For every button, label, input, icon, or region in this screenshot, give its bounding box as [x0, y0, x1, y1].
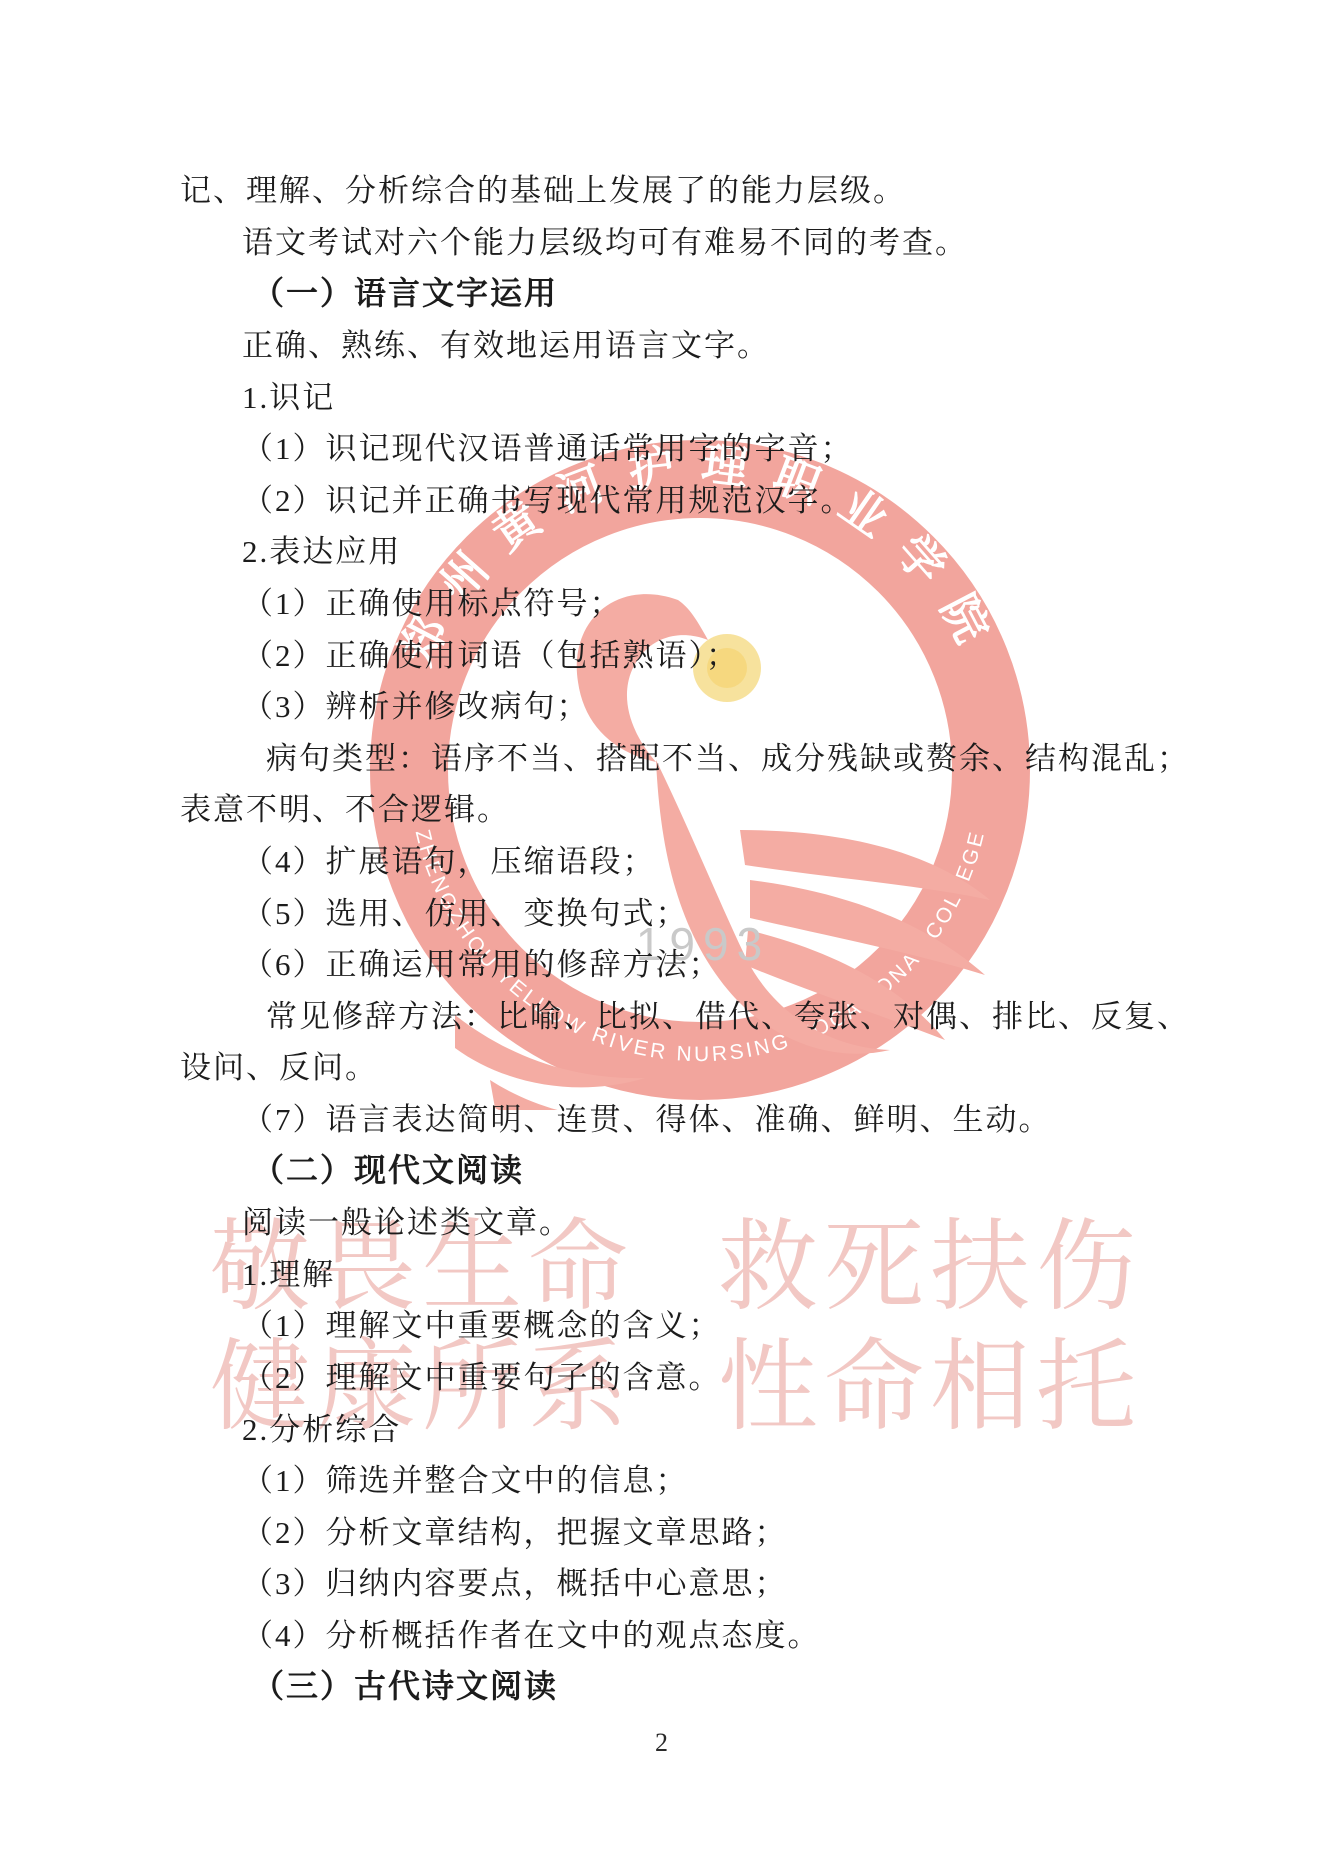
- text-line: 2.分析综合: [180, 1400, 1185, 1452]
- text-line: 1.识记: [180, 368, 1185, 420]
- text-line: （2）正确使用词语（包括熟语）；: [180, 626, 1185, 678]
- page-number: 2: [0, 1728, 1323, 1758]
- text-line: （1）理解文中重要概念的含义；: [180, 1297, 1185, 1349]
- text-line: 设问、反问。: [180, 1039, 1185, 1091]
- text-line: （1）正确使用标点符号；: [180, 575, 1185, 627]
- text-line: 正确、熟练、有效地运用语言文字。: [180, 317, 1185, 369]
- text-line: （二）现代文阅读: [180, 1142, 1185, 1194]
- text-line: 阅读一般论述类文章。: [180, 1194, 1185, 1246]
- text-line: 记、理解、分析综合的基础上发展了的能力层级。: [180, 162, 1185, 214]
- text-line: （一）语言文字运用: [180, 265, 1185, 317]
- text-line: （2）理解文中重要句子的含意。: [180, 1349, 1185, 1401]
- text-line: （3）归纳内容要点，概括中心意思；: [180, 1555, 1185, 1607]
- text-line: （3）辨析并修改病句；: [180, 678, 1185, 730]
- text-line: 常见修辞方法：比喻、比拟、借代、夸张、对偶、排比、反复、: [180, 988, 1185, 1040]
- text-line: （6）正确运用常用的修辞方法；: [180, 936, 1185, 988]
- text-line: 2.表达应用: [180, 523, 1185, 575]
- text-line: （4）扩展语句，压缩语段；: [180, 833, 1185, 885]
- text-line: （2）识记并正确书写现代常用规范汉字。: [180, 472, 1185, 524]
- text-line: （4）分析概括作者在文中的观点态度。: [180, 1607, 1185, 1659]
- text-line: 语文考试对六个能力层级均可有难易不同的考查。: [180, 214, 1185, 266]
- document-body: 记、理解、分析综合的基础上发展了的能力层级。语文考试对六个能力层级均可有难易不同…: [180, 162, 1185, 1710]
- text-line: （1）筛选并整合文中的信息；: [180, 1452, 1185, 1504]
- text-line: 1.理解: [180, 1245, 1185, 1297]
- text-line: （5）选用、仿用、变换句式；: [180, 884, 1185, 936]
- text-line: （2）分析文章结构，把握文章思路；: [180, 1503, 1185, 1555]
- document-page: 郑州黄河护理职业学院 ZHENGZHOU YELLOW RIVER NURSIN…: [0, 0, 1323, 1871]
- text-line: 病句类型：语序不当、搭配不当、成分残缺或赘余、结构混乱；: [180, 730, 1185, 782]
- text-line: （7）语言表达简明、连贯、得体、准确、鲜明、生动。: [180, 1091, 1185, 1143]
- text-line: 表意不明、不合逻辑。: [180, 781, 1185, 833]
- text-line: （三）古代诗文阅读: [180, 1658, 1185, 1710]
- text-line: （1）识记现代汉语普通话常用字的字音；: [180, 420, 1185, 472]
